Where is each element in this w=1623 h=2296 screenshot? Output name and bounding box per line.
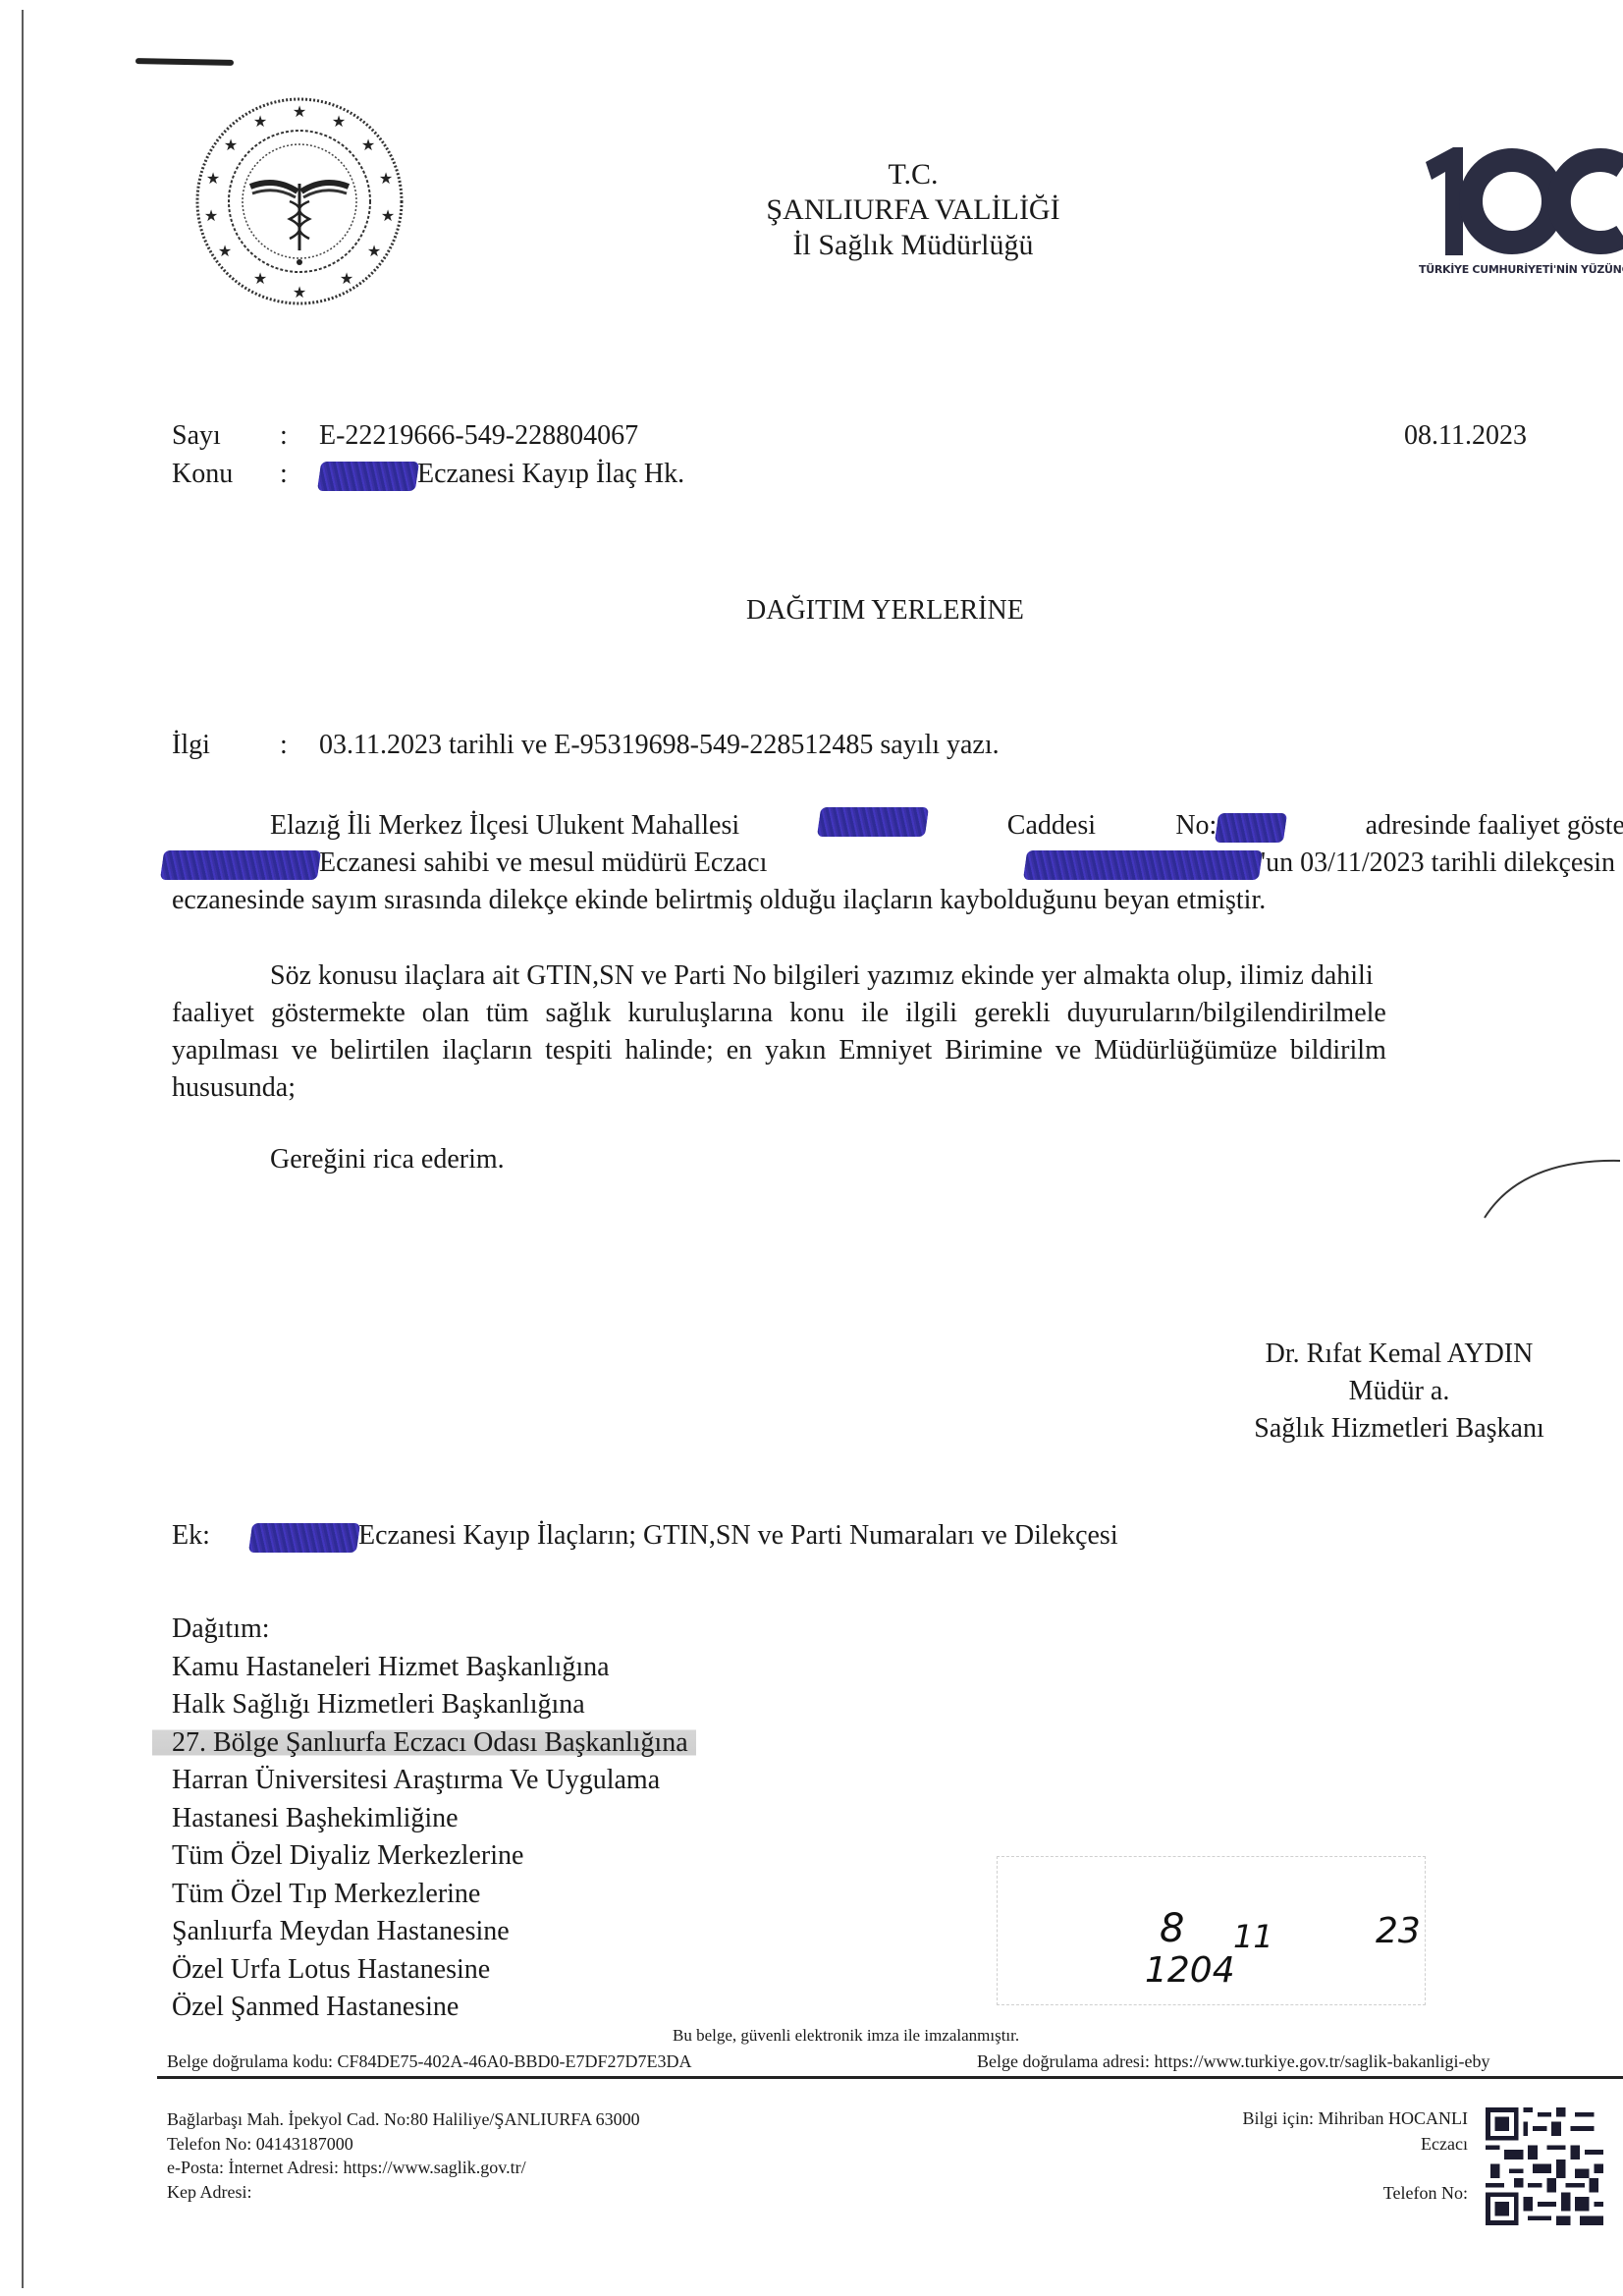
- subject-row: Konu:Eczanesi Kayıp İlaç Hk.: [172, 456, 684, 493]
- reference-number: E-22219666-549-228804067: [319, 420, 638, 451]
- contact-phone: Telefon No: 04143187000: [167, 2132, 640, 2157]
- verification-address: Belge doğrulama adresi: https://www.turk…: [977, 2049, 1490, 2074]
- centennial-logo-icon: [1414, 142, 1623, 270]
- closing-line: Gereğini rica ederim.: [270, 1141, 505, 1178]
- svg-text:★: ★: [253, 112, 267, 131]
- attachment-text: Eczanesi Kayıp İlaçların; GTIN,SN ve Par…: [358, 1520, 1118, 1551]
- attachment-label: Ek:: [172, 1517, 250, 1555]
- list-item: 27. Bölge Şanlıurfa Eczacı Odası Başkanl…: [172, 1724, 696, 1763]
- paragraph-line: hususunda;: [172, 1069, 1623, 1107]
- centennial-caption: TÜRKİYE CUMHURİYETİ'NİN YÜZÜNCÜ YI: [1419, 263, 1623, 276]
- distribution-heading: Dağıtım:: [172, 1611, 696, 1649]
- list-item: Hastanesi Başhekimliğine: [172, 1800, 696, 1838]
- svg-text:★: ★: [361, 136, 375, 154]
- info-title: Eczacı: [1198, 2131, 1468, 2157]
- colon: :: [280, 727, 319, 764]
- text-span: Eczanesi sahibi ve mesul müdürü Eczacı: [162, 845, 767, 882]
- letterhead: T.C. ŞANLIURFA VALİLİĞİ İl Sağlık Müdürl…: [638, 157, 1188, 263]
- list-item: Kamu Hastaneleri Hizmet Başkanlığına: [172, 1649, 696, 1687]
- paragraph-line: Söz konusu ilaçlara ait GTIN,SN ve Parti…: [172, 957, 1623, 995]
- svg-text:★: ★: [224, 136, 238, 154]
- signer-department: Sağlık Hizmetleri Başkanı: [1213, 1410, 1586, 1448]
- text-span: Elazığ İli Merkez İlçesi Ulukent Mahalle…: [270, 807, 739, 845]
- subject-label: Konu: [172, 456, 280, 493]
- distribution-list: Dağıtım: Kamu Hastaneleri Hizmet Başkanl…: [172, 1611, 696, 2027]
- redaction-mark: [160, 850, 321, 880]
- reference-label: Sayı: [172, 417, 280, 455]
- paragraph-line: Elazığ İli Merkez İlçesi Ulukent Mahalle…: [172, 807, 1623, 845]
- svg-text:★: ★: [332, 112, 346, 131]
- letterhead-directorate: İl Sağlık Müdürlüğü: [638, 228, 1188, 263]
- svg-text:★: ★: [381, 206, 395, 225]
- handwritten-day: 8: [1160, 1906, 1184, 1951]
- colon: :: [280, 456, 319, 493]
- list-item: Halk Sağlığı Hizmetleri Başkanlığına: [172, 1686, 696, 1724]
- body-paragraph-1: Elazığ İli Merkez İlçesi Ulukent Mahalle…: [172, 807, 1623, 919]
- redaction-mark: [317, 462, 419, 491]
- svg-text:★: ★: [340, 269, 353, 288]
- handwritten-year: 23: [1376, 1911, 1421, 1951]
- colon: :: [280, 417, 319, 455]
- redaction-mark: [817, 807, 929, 837]
- text-span: Caddesi: [1007, 807, 1096, 845]
- paragraph-line: yapılması ve belirtilen ilaçların tespit…: [172, 1032, 1623, 1069]
- text-span: adresinde faaliyet göste: [1366, 807, 1623, 845]
- svg-text:★: ★: [293, 283, 306, 301]
- esign-note: Bu belge, güvenli elektronik imza ile im…: [673, 2023, 1019, 2049]
- footer-divider: [157, 2076, 1623, 2079]
- list-item: Tüm Özel Diyaliz Merkezlerine: [172, 1837, 696, 1876]
- contact-kep: Kep Adresi:: [167, 2180, 640, 2205]
- contact-web: e-Posta: İnternet Adresi: https://www.sa…: [167, 2156, 640, 2180]
- highlighted-recipient: 27. Bölge Şanlıurfa Eczacı Odası Başkanl…: [152, 1727, 696, 1758]
- body-paragraph-2: Söz konusu ilaçlara ait GTIN,SN ve Parti…: [172, 957, 1623, 1107]
- info-block: Bilgi için: Mihriban HOCANLI Eczacı Tele…: [1198, 2105, 1468, 2206]
- list-item: Harran Üniversitesi Araştırma Ve Uygulam…: [172, 1762, 696, 1800]
- document-date: 08.11.2023: [1404, 417, 1527, 455]
- scan-mark: [135, 58, 234, 66]
- svg-text:★: ★: [293, 102, 306, 121]
- handwritten-month: 11: [1233, 1918, 1273, 1955]
- signer-name: Dr. Rıfat Kemal AYDIN: [1213, 1336, 1586, 1373]
- scan-edge-line: [22, 10, 24, 2288]
- info-phone: Telefon No:: [1198, 2180, 1468, 2206]
- redaction-mark: [1023, 850, 1263, 880]
- received-stamp: 8 11 23 1204: [997, 1856, 1426, 2005]
- ministry-seal-icon: ★★★ ★★★ ★★★ ★★★ ★★: [191, 93, 407, 309]
- redaction-mark: [248, 1523, 360, 1553]
- qr-code-icon: [1486, 2104, 1603, 2229]
- svg-text:★: ★: [379, 169, 393, 188]
- list-item: Şanlıurfa Meydan Hastanesine: [172, 1913, 696, 1951]
- signature-stroke-icon: [1483, 1149, 1623, 1228]
- paragraph-line: faaliyet göstermekte olan tüm sağlık kur…: [172, 995, 1623, 1032]
- paragraph-line: Eczanesi sahibi ve mesul müdürü Eczacı '…: [162, 845, 1615, 882]
- list-item: Özel Urfa Lotus Hastanesine: [172, 1951, 696, 1990]
- list-item: Tüm Özel Tıp Merkezlerine: [172, 1876, 696, 1914]
- signature-block: Dr. Rıfat Kemal AYDIN Müdür a. Sağlık Hi…: [1213, 1336, 1586, 1448]
- letterhead-tc: T.C.: [638, 157, 1188, 192]
- svg-text:★: ★: [204, 206, 218, 225]
- contact-address: Bağlarbaşı Mah. İpekyol Cad. No:80 Halil…: [167, 2107, 640, 2132]
- related-reference-row: İlgi:03.11.2023 tarihli ve E-95319698-54…: [172, 727, 1000, 764]
- attachment-row: Ek:Eczanesi Kayıp İlaçların; GTIN,SN ve …: [172, 1517, 1118, 1555]
- paragraph-line: eczanesinde sayım sırasında dilekçe ekin…: [172, 882, 1623, 919]
- related-label: İlgi: [172, 727, 280, 764]
- svg-text:★: ★: [253, 269, 267, 288]
- contact-block: Bağlarbaşı Mah. İpekyol Cad. No:80 Halil…: [167, 2107, 640, 2204]
- text-span: 'un 03/11/2023 tarihli dilekçesin: [1025, 845, 1615, 882]
- svg-text:★: ★: [218, 242, 232, 260]
- svg-text:★: ★: [367, 242, 381, 260]
- list-item: Özel Şanmed Hastanesine: [172, 1989, 696, 2027]
- handwritten-number: 1204: [1145, 1950, 1235, 1991]
- subject-text: Eczanesi Kayıp İlaç Hk.: [417, 459, 684, 489]
- related-value: 03.11.2023 tarihli ve E-95319698-549-228…: [319, 730, 1000, 760]
- verification-code: Belge doğrulama kodu: CF84DE75-402A-46A0…: [167, 2049, 691, 2074]
- recipient-heading: DAĞITIM YERLERİNE: [746, 592, 1024, 629]
- signer-title: Müdür a.: [1213, 1373, 1586, 1410]
- svg-text:★: ★: [206, 169, 220, 188]
- text-span: No:: [1175, 807, 1285, 845]
- letterhead-governorship: ŞANLIURFA VALİLİĞİ: [638, 192, 1188, 228]
- info-contact: Bilgi için: Mihriban HOCANLI: [1198, 2105, 1468, 2131]
- reference-number-row: Sayı:E-22219666-549-228804067: [172, 417, 638, 455]
- redaction-mark: [1215, 813, 1287, 843]
